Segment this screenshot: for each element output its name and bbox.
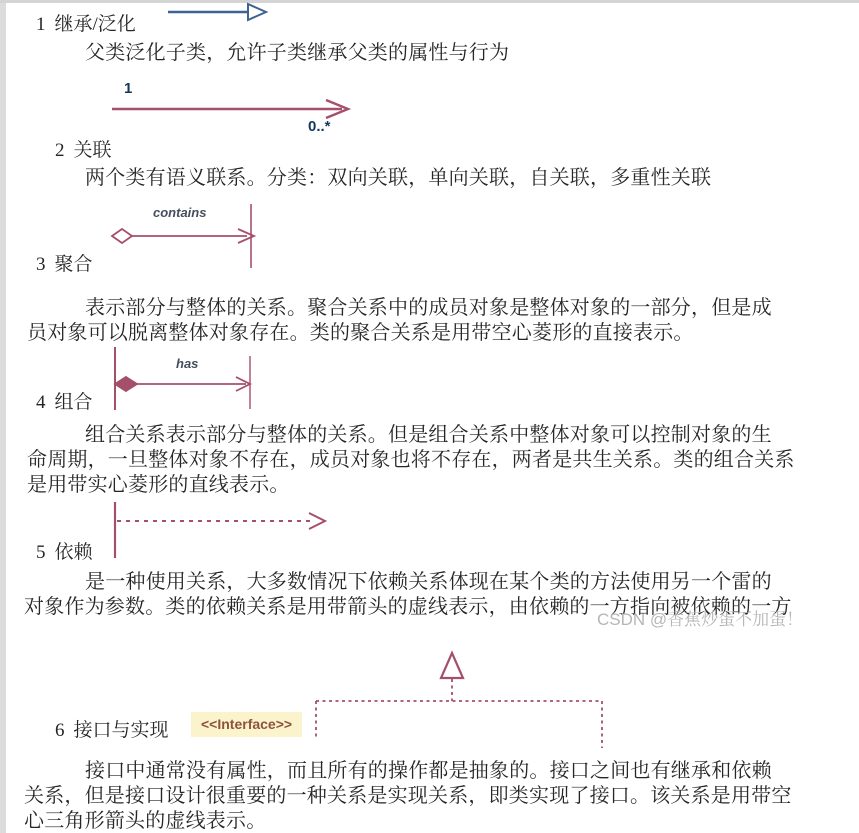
section-1-number: 1	[36, 14, 46, 36]
section-6-body-line: 心三角形箭头的虚线表示。	[24, 804, 266, 833]
interface-stereotype-badge: <<Interface>>	[191, 712, 302, 737]
association-multiplicity-source: 1	[124, 80, 132, 97]
section-4-body-line: 是用带实心菱形的直线表示。	[27, 468, 290, 497]
section-2-title: 关联	[74, 140, 112, 161]
csdn-watermark: CSDN @香蕉炒蛋不加蛋！	[597, 605, 803, 630]
section-4-title: 组合	[55, 392, 93, 413]
association-multiplicity-target: 0..*	[308, 118, 331, 135]
section-2-number: 2	[55, 140, 65, 162]
section-6-title: 接口与实现	[74, 720, 169, 741]
section-1-body-line: 父类泛化子类，允许子类继承父类的属性与行为	[85, 36, 509, 65]
composition-arrow-icon	[106, 347, 266, 413]
section-3-body-line: 员对象可以脱离整体对象存在。类的聚合关系是用带空心菱形的直接表示。	[27, 316, 694, 345]
aggregation-arrow-icon	[106, 200, 266, 272]
generalization-arrow-icon	[166, 1, 272, 23]
section-5-number: 5	[36, 542, 46, 564]
section-4-heading: 4组合	[36, 387, 93, 414]
page-left-edge	[0, 0, 6, 833]
section-3-number: 3	[36, 254, 46, 276]
page-top-edge	[0, 0, 859, 3]
section-1-heading: 1继承/泛化	[36, 9, 136, 36]
document-page: 1继承/泛化 父类泛化子类，允许子类继承父类的属性与行为 1 0..* 2关联 …	[0, 0, 859, 833]
section-6-number: 6	[55, 720, 65, 742]
realization-arrow-icon	[308, 648, 613, 753]
section-2-heading: 2关联	[55, 135, 112, 162]
section-3-heading: 3聚合	[36, 249, 93, 276]
section-3-title: 聚合	[55, 254, 93, 275]
dependency-arrow-icon	[106, 500, 336, 562]
section-5-heading: 5依赖	[36, 537, 93, 564]
section-1-title: 继承/泛化	[55, 14, 136, 35]
section-5-title: 依赖	[55, 542, 93, 563]
section-2-body-line: 两个类有语义联系。分类：双向关联，单向关联，自关联，多重性关联	[85, 161, 711, 190]
section-4-number: 4	[36, 392, 46, 414]
section-6-heading: 6接口与实现	[55, 715, 169, 742]
